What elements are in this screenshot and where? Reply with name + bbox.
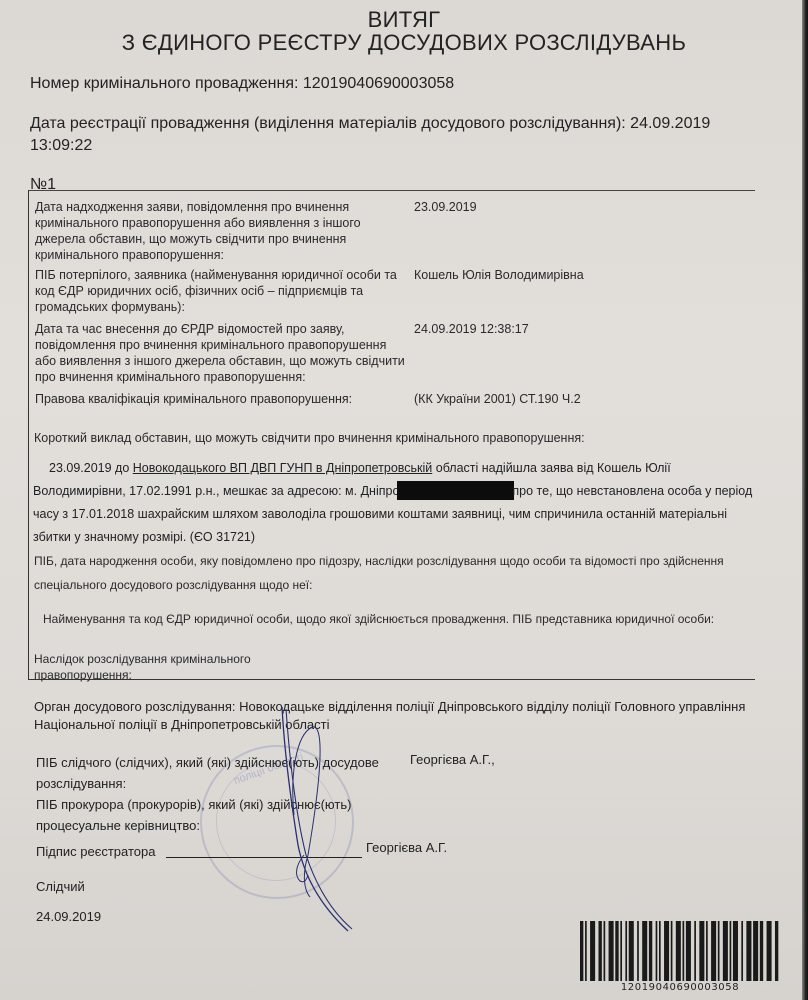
handwritten-signature-icon	[260, 705, 370, 935]
result-label: Наслідок розслідування кримінального пра…	[34, 651, 251, 683]
row-value-receipt-date: 23.09.2019	[414, 199, 477, 215]
row-value-entry-datetime: 24.09.2019 12:38:17	[414, 321, 529, 337]
registrar-role: Слідчий	[36, 879, 85, 894]
summary-label: Короткий виклад обставин, що можуть свід…	[34, 431, 585, 445]
summary-part-1: 23.09.2019 до	[49, 461, 133, 475]
record-table: Дата надходження заяви, повідомлення про…	[28, 190, 755, 680]
registrar-name: Георгієва А.Г.	[366, 840, 447, 855]
barcode-digits: 12019040690003058	[580, 982, 780, 993]
row-label-qualification: Правова кваліфікація кримінального право…	[35, 391, 405, 407]
row-label-receipt-date: Дата надходження заяви, повідомлення про…	[35, 199, 405, 263]
legal-entity-label: Найменування та код ЄДР юридичної особи,…	[43, 612, 714, 626]
investigator-name: Георгієва А.Г.,	[410, 752, 495, 767]
document-subtitle: З ЄДИНОГО РЕЄСТРУ ДОСУДОВИХ РОЗСЛІДУВАНЬ	[0, 30, 808, 56]
redaction-bar	[397, 481, 514, 500]
barcode-icon	[580, 921, 780, 981]
row-value-victim: Кошель Юлія Володимирівна	[414, 267, 584, 283]
suspect-label: ПІБ, дата народження особи, яку повідомл…	[34, 549, 754, 597]
result-label-line-1: Наслідок розслідування кримінального	[34, 651, 251, 667]
page-edge	[802, 0, 808, 1000]
sign-date: 24.09.2019	[36, 909, 101, 924]
row-value-qualification: (КК України 2001) СТ.190 Ч.2	[414, 391, 581, 407]
result-label-line-2: правопорушення:	[34, 667, 251, 683]
investigation-authority: Орган досудового розслідування: Новокода…	[34, 698, 794, 734]
case-number: Номер кримінального провадження: 1201904…	[30, 75, 454, 93]
registrar-signature-label: Підпис реєстратора	[36, 844, 155, 859]
row-label-entry-datetime: Дата та час внесення до ЄРДР відомостей …	[35, 321, 405, 385]
summary-text: 23.09.2019 до Новокодацького ВП ДВП ГУНП…	[33, 457, 757, 549]
row-label-victim: ПІБ потерпілого, заявника (найменування …	[35, 267, 405, 315]
summary-police-unit: Новокодацького ВП ДВП ГУНП в Дніпропетро…	[133, 461, 433, 475]
registration-date: Дата реєстрації провадження (виділення м…	[30, 113, 770, 157]
